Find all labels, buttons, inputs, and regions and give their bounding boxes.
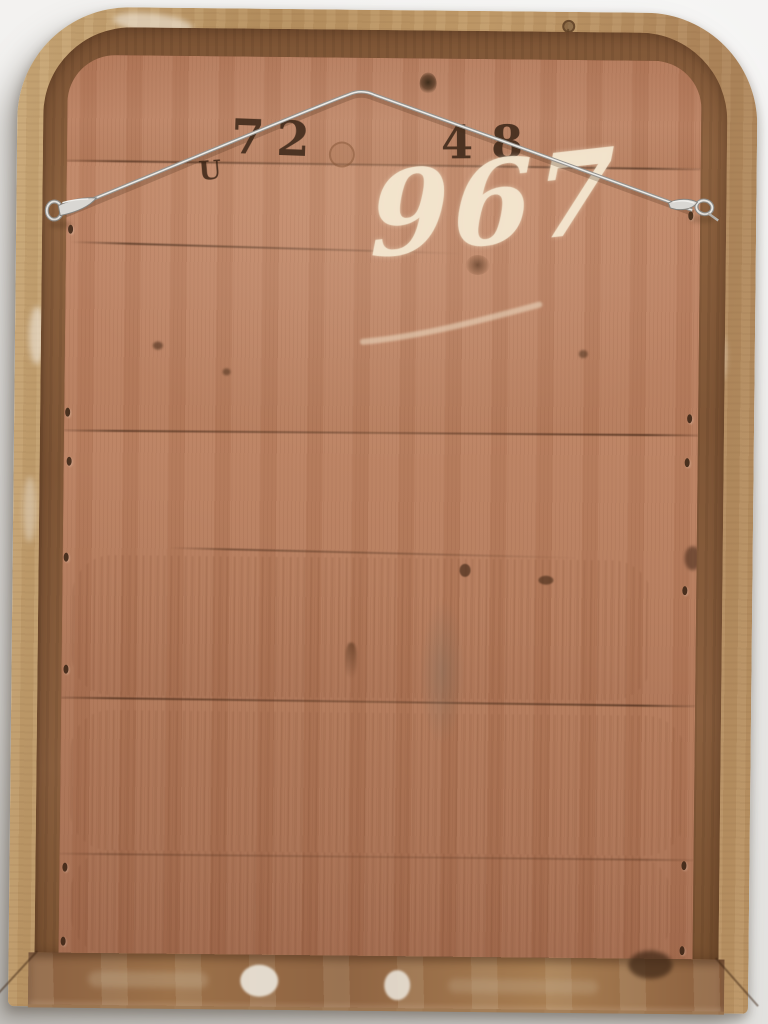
hanging-wire <box>0 0 768 1024</box>
wire-hook-left <box>47 197 97 229</box>
mirror-back-photo: 72 48 U 967 <box>0 0 768 1024</box>
wire-highlight <box>62 89 693 219</box>
wire-shadow <box>65 92 694 222</box>
wire-body <box>62 89 693 219</box>
chalk-underline <box>363 303 539 344</box>
photo-group: 72 48 U 967 <box>0 0 768 1024</box>
